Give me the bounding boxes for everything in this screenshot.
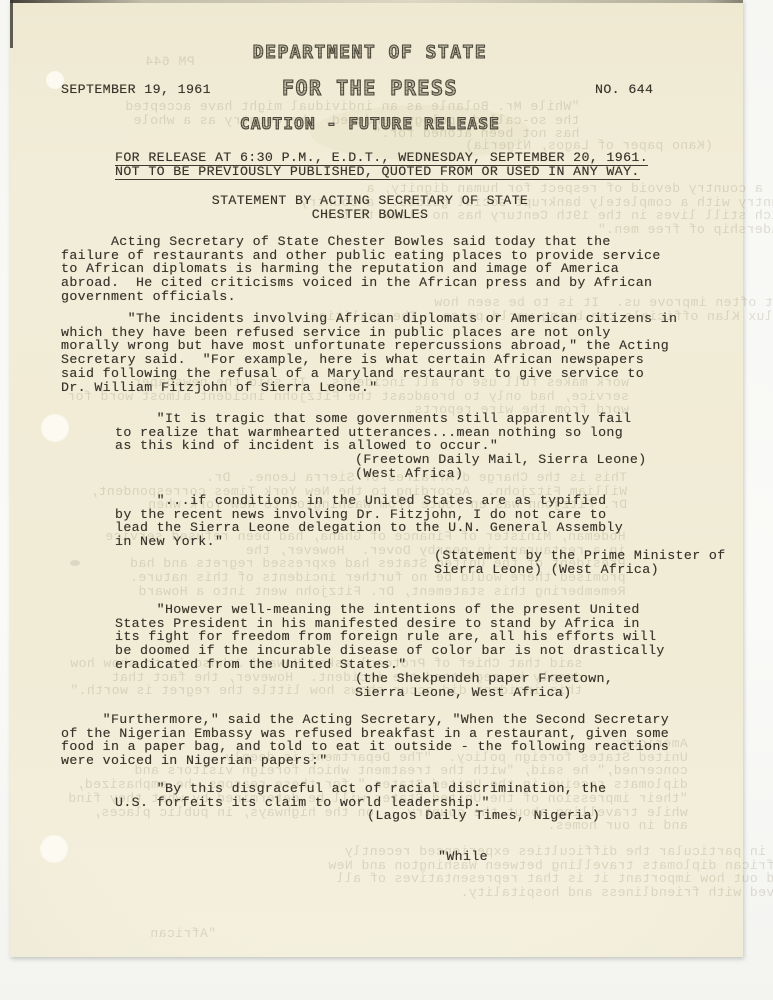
press-quote-3: "However well-meaning the intentions of … bbox=[115, 603, 665, 672]
quote-attribution-2: (Statement by the Prime Minister of Sier… bbox=[434, 549, 726, 576]
caution-banner: CAUTION - FUTURE RELEASE bbox=[61, 114, 679, 133]
quote-attribution-3: (the Shekpendeh paper Freetown, Sierra L… bbox=[355, 672, 613, 699]
agency-title: DEPARTMENT OF STATE bbox=[61, 42, 679, 63]
hole-punch-top bbox=[46, 71, 64, 89]
press-quote-2: "...if conditions in the United States a… bbox=[115, 494, 623, 549]
statement-heading-line1: STATEMENT BY ACTING SECRETARY OF STATE bbox=[61, 194, 679, 208]
scanned-document: { "header": { "agency": "DEPARTMENT OF S… bbox=[0, 0, 773, 1000]
catchword: "While bbox=[438, 850, 488, 864]
quote-attribution-4: (Lagos Daily Times, Nigeria) bbox=[367, 809, 600, 823]
document-page: PM 644 "While Mr. Bolanle as an individu… bbox=[10, 0, 743, 957]
paragraph-3: "Furthermore," said the Acting Secretary… bbox=[61, 713, 669, 768]
hole-punch-middle bbox=[41, 414, 69, 442]
paragraph-1: Acting Secretary of State Chester Bowles… bbox=[61, 235, 661, 304]
bleedthrough-text: "African bbox=[150, 927, 216, 941]
quote-attribution-1: (Freetown Daily Mail, Sierra Leone) (Wes… bbox=[355, 453, 647, 480]
scan-edge-left bbox=[10, 0, 13, 48]
statement-heading-line2: CHESTER BOWLES bbox=[61, 208, 679, 222]
for-the-press-title: FOR THE PRESS bbox=[61, 76, 679, 100]
press-quote-1: "It is tragic that some governments stil… bbox=[115, 412, 631, 453]
release-number: NO. 644 bbox=[595, 83, 653, 97]
scan-edge-top bbox=[10, 0, 743, 3]
bleedthrough-text: Mr. Bowles noted in particular the diffi… bbox=[328, 845, 773, 900]
release-instruction-line2: NOT TO BE PREVIOUSLY PUBLISHED, QUOTED F… bbox=[115, 165, 640, 180]
hole-punch-bottom bbox=[40, 835, 68, 863]
paragraph-2: "The incidents involving African diploma… bbox=[61, 312, 677, 394]
press-quote-4: "By this disgraceful act of racial discr… bbox=[115, 782, 606, 809]
paper-stain bbox=[70, 560, 80, 566]
